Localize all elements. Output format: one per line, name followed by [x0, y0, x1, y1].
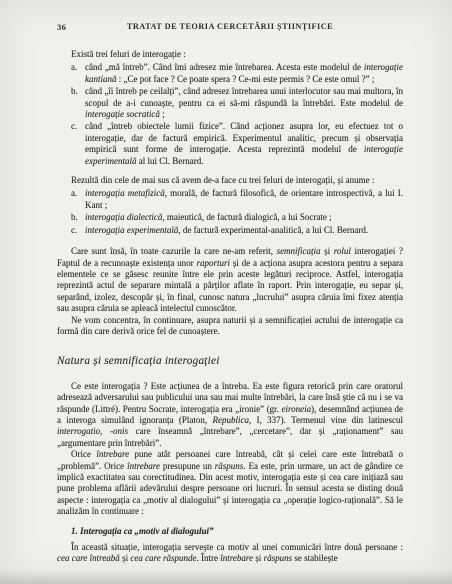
list-item: b. interogația dialectică, maieutică, de…: [57, 212, 403, 223]
list-item-text: interogația dialectică, maieutică, de fa…: [85, 212, 332, 222]
book-page-scan: 36 TRATAT DE TEORIA CERCETĂRII ȘTIINȚIFI…: [0, 0, 452, 584]
list-marker: c.: [71, 225, 77, 236]
list-marker: a.: [71, 188, 77, 199]
list-item-text: interogația metafizică, morală, de factu…: [85, 188, 403, 209]
paragraph-in-aceasta: În această situație, interogația serveșt…: [57, 542, 403, 565]
list-item-text: interogația experimentală, de factură ex…: [85, 225, 368, 235]
body-text: Există trei feluri de interogație : a. c…: [57, 49, 403, 565]
list-item: b. când „îi întreb pe ceilalți”, când ad…: [57, 86, 403, 120]
subsection-heading: 1. Interogația ca „motiv al dialogului”: [71, 526, 403, 537]
list-marker: b.: [71, 212, 78, 223]
paragraph-ce-este: Ce este interogația ? Este acțiunea de a…: [57, 381, 403, 449]
running-title: TRATAT DE TEORIA CERCETĂRII ȘTIINȚIFICE: [57, 22, 403, 31]
list-interrogation-types: a. interogația metafizică, morală, de fa…: [57, 188, 403, 236]
page-header: 36 TRATAT DE TEORIA CERCETĂRII ȘTIINȚIFI…: [57, 22, 403, 34]
list-marker: a.: [71, 62, 77, 73]
list-item-text: când „întreb obiectele lumii fizice”. Câ…: [85, 121, 403, 165]
section-heading: Natura și semnificația interogației: [57, 356, 403, 367]
list-item: c. când „întreb obiectele lumii fizice”.…: [57, 121, 403, 167]
list-marker: b.: [71, 86, 78, 97]
page-content: 36 TRATAT DE TEORIA CERCETĂRII ȘTIINȚIFI…: [0, 0, 452, 565]
list-item-text: când „îi întreb pe ceilalți”, când adres…: [85, 86, 403, 119]
paragraph-orice-intrebare: Orice întrebare pune atât persoanei care…: [57, 449, 403, 517]
paragraph-result: Rezultă din cele de mai sus că avem de-a…: [57, 175, 403, 186]
paragraph-intro: Există trei feluri de interogație :: [57, 49, 403, 60]
paragraph-semnificatie: Care sunt însă, în toate cazurile la car…: [57, 246, 403, 314]
list-item: a. când „mă întreb”. Când îmi adresez mi…: [57, 62, 403, 85]
list-item: a. interogația metafizică, morală, de fa…: [57, 188, 403, 211]
list-marker: c.: [71, 121, 77, 132]
paragraph-concentra: Ne vom concentra, în continuare, asupra …: [57, 315, 403, 338]
list-item: c. interogația experimentală, de factură…: [57, 225, 403, 236]
list-item-text: când „mă întreb”. Când îmi adresez mie î…: [85, 62, 403, 83]
list-interrogation-models: a. când „mă întreb”. Când îmi adresez mi…: [57, 62, 403, 167]
